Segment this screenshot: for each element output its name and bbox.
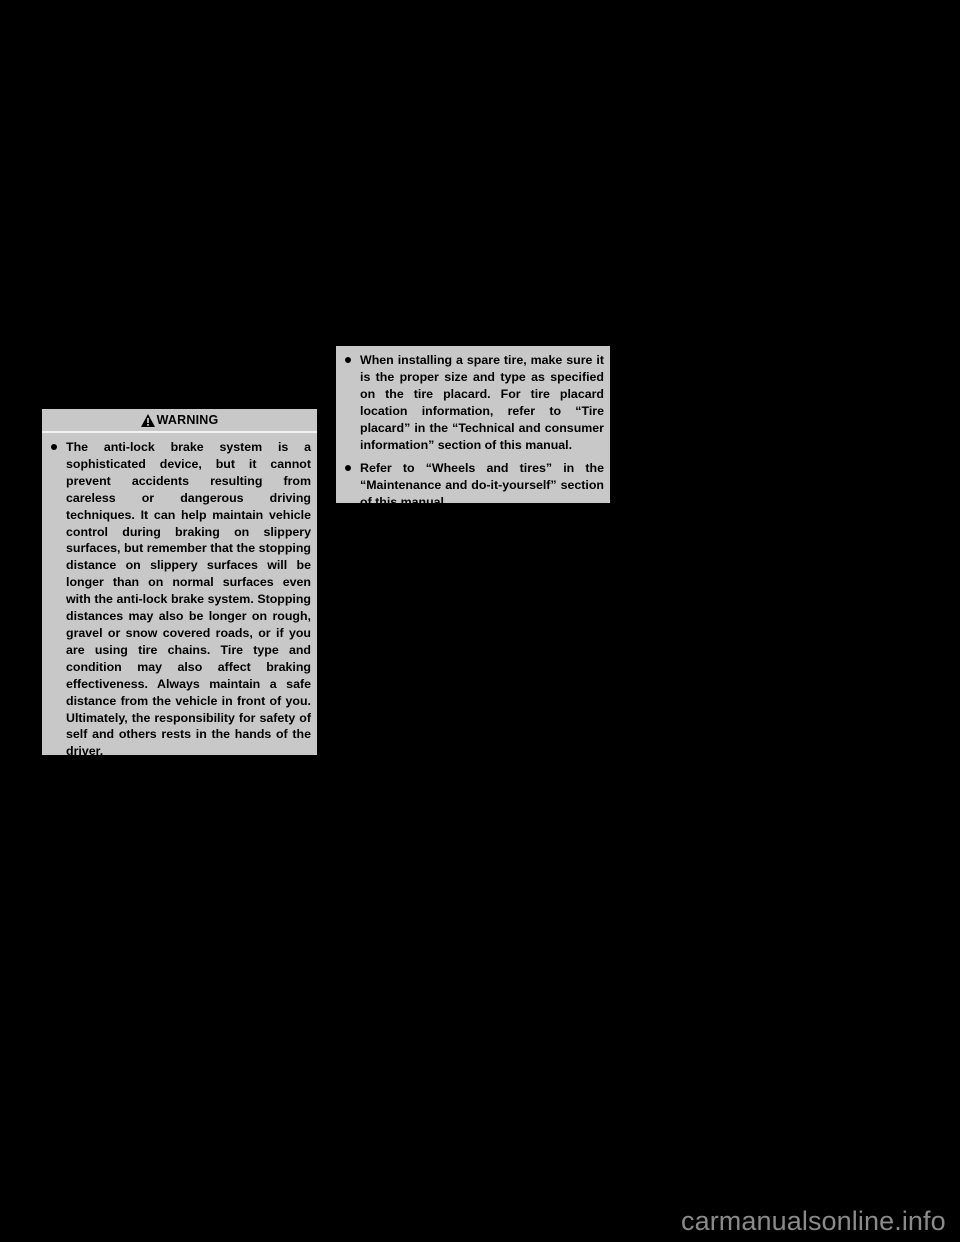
bullet-icon (51, 444, 57, 450)
warning-continued-list: When installing a spare tire, make sure … (336, 346, 610, 511)
warning-list: The anti-lock brake system is a sophisti… (42, 433, 317, 842)
warning-item: When replacing tires, install the specif… (42, 808, 311, 842)
warning-item: The anti-lock brake system is a sophisti… (42, 439, 311, 760)
warning-triangle-icon (141, 414, 155, 427)
bullet-icon (345, 357, 351, 363)
bullet-icon (51, 813, 57, 819)
warning-item: When installing a spare tire, make sure … (336, 352, 604, 453)
bullet-icon (51, 772, 57, 778)
warning-item: Refer to “Wheels and tires” in the “Main… (336, 460, 604, 511)
warning-continued-box: When installing a spare tire, make sure … (336, 346, 610, 503)
watermark: carmanualsonline.info (681, 1206, 946, 1237)
warning-header: WARNING (42, 409, 317, 433)
warning-item: Tire type and condition of tires may als… (42, 767, 311, 801)
bullet-icon (345, 465, 351, 471)
warning-box: WARNING The anti-lock brake system is a … (42, 409, 317, 755)
warning-title: WARNING (157, 413, 219, 427)
